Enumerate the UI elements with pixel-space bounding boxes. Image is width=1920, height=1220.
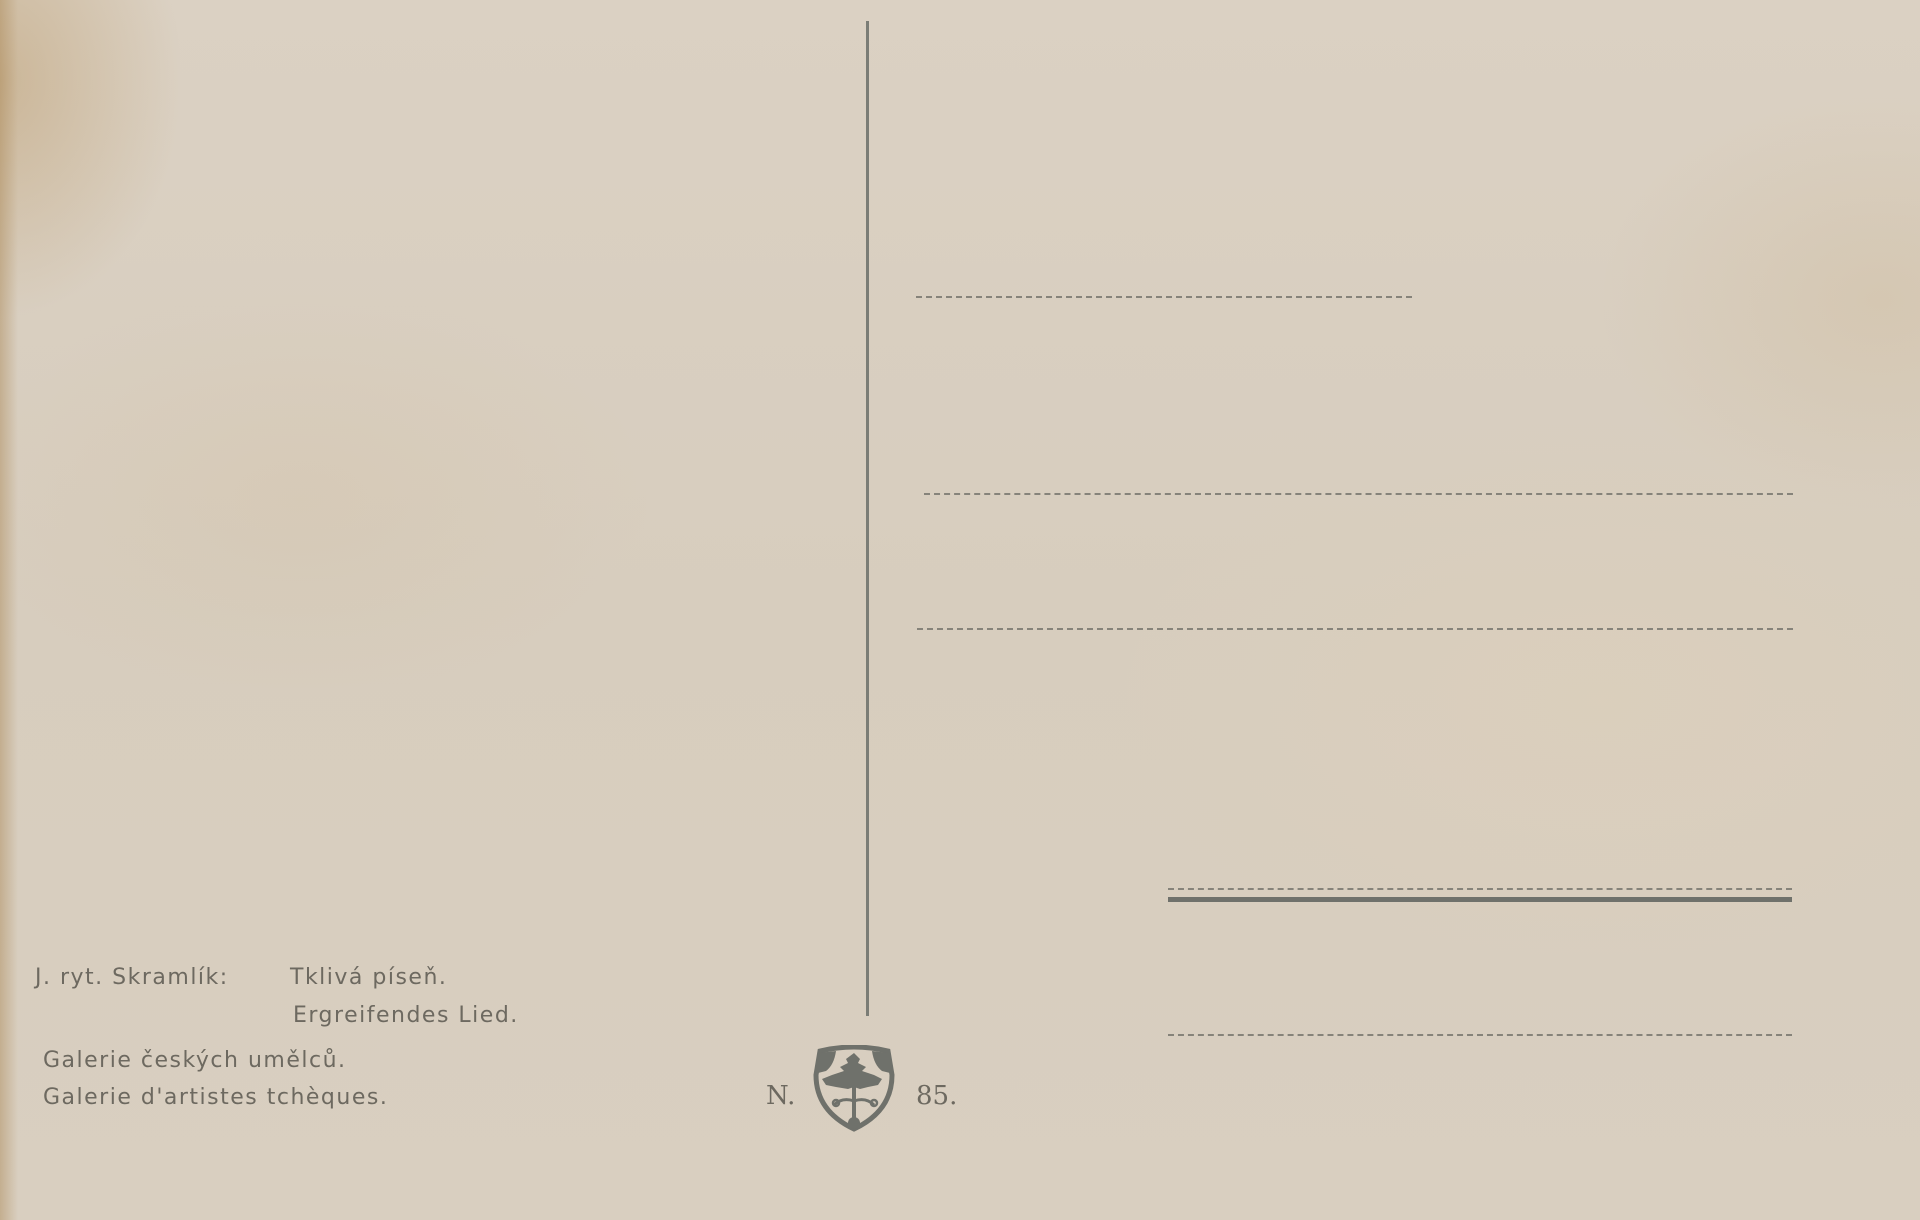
postcard-back: J. ryt. Skramlík: Tklivá píseň. Ergreife…: [0, 0, 1920, 1220]
address-underline-solid: [1168, 897, 1792, 902]
address-line-4: [1168, 888, 1792, 890]
publisher-number: 85.: [916, 1083, 957, 1109]
address-line-1: [916, 296, 1412, 298]
publisher-number-prefix: N.: [766, 1083, 795, 1109]
vertical-divider-line: [866, 21, 869, 1016]
caption-series-french: Galerie d'artistes tchèques.: [43, 1087, 388, 1109]
caption-title-german: Ergreifendes Lied.: [293, 1005, 519, 1027]
shield-tree-emblem-icon: [812, 1045, 896, 1133]
caption-author: J. ryt. Skramlík:: [35, 967, 229, 989]
address-line-3: [917, 628, 1793, 630]
caption-series-czech: Galerie českých umělců.: [43, 1050, 347, 1072]
address-line-5: [1168, 1034, 1792, 1036]
address-line-2: [924, 493, 1793, 495]
caption-title-czech: Tklivá píseň.: [290, 967, 447, 989]
